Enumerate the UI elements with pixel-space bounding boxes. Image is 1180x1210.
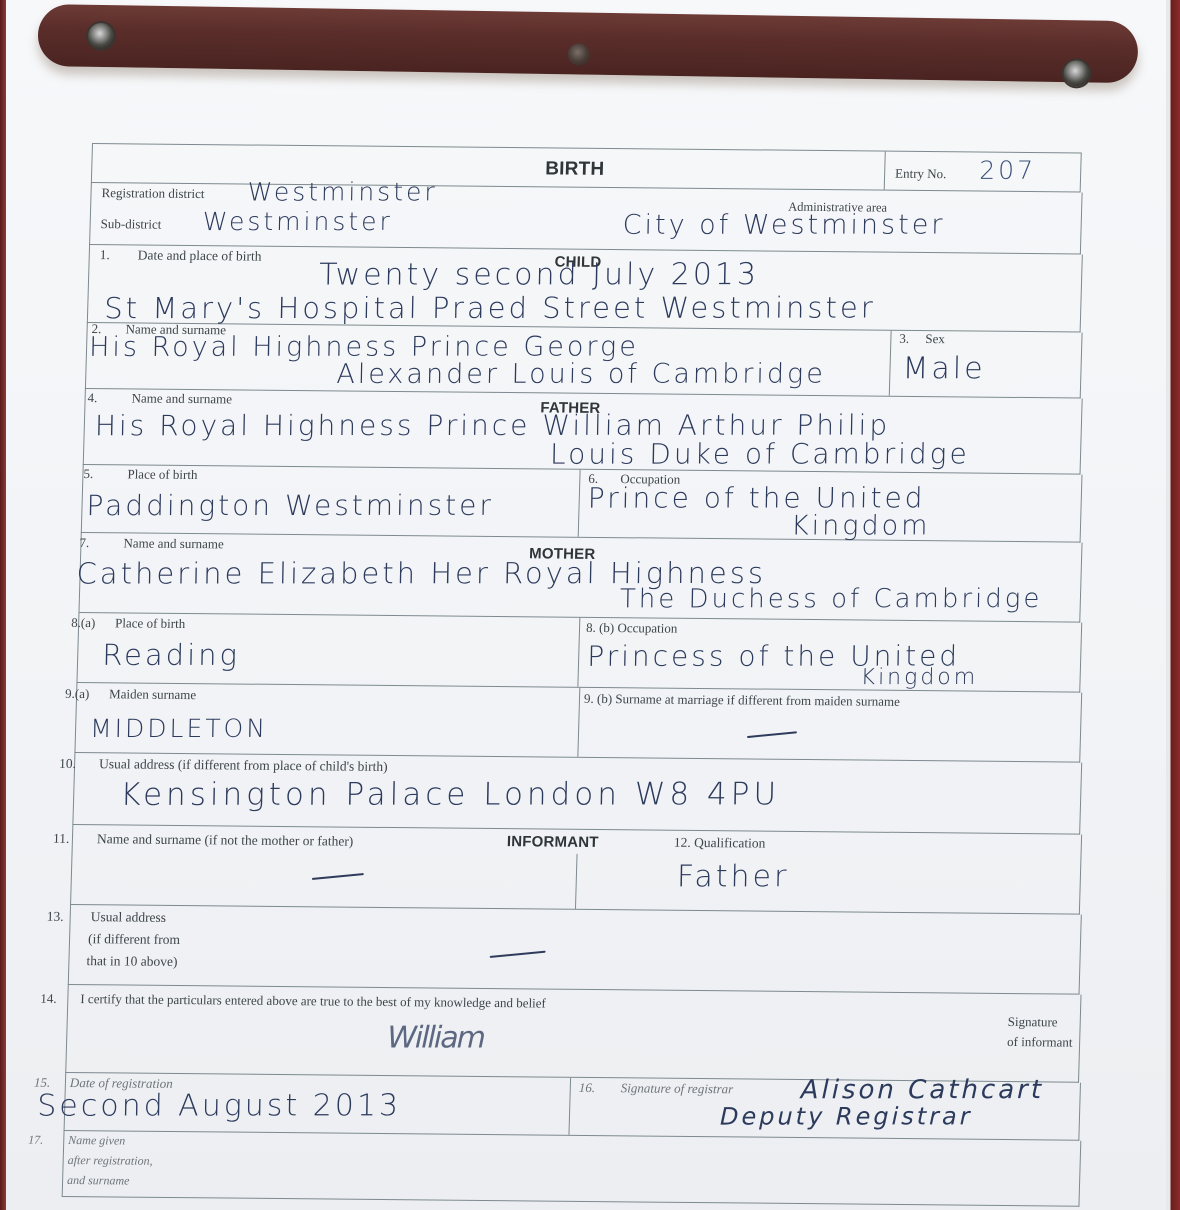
informant-address-blank <box>490 951 546 958</box>
date-of-birth-value: Twenty second July 2013 <box>319 257 759 292</box>
field-9b-label: 9. (b) Surname at marriage if different … <box>584 691 900 710</box>
informant-name-row: 11.Name and surname (if not the mother o… <box>70 825 1082 915</box>
registration-row: 15.Date of registration Second August 20… <box>64 1073 1081 1141</box>
father-occupation-line-2: Kingdom <box>791 510 931 541</box>
field-12-label: 12. Qualification <box>674 835 766 852</box>
field-13-label-line-3: that in 10 above) <box>86 953 178 970</box>
field-4-label: 4.Name and surname <box>87 390 232 407</box>
informant-address-row: 13.Usual address (if different from that… <box>68 905 1082 995</box>
field-17-label-line-3: and surname <box>67 1173 130 1189</box>
registration-district-label: Registration district <box>101 185 204 202</box>
maiden-surname-row: 9.(a)Maiden surname MIDDLETON 9. (b) Sur… <box>74 683 1082 763</box>
register-page: BIRTH Entry No. 207 Registration distric… <box>6 0 1166 1210</box>
administrative-area-value: City of Westminster <box>622 210 945 241</box>
registration-district-value: Westminster <box>247 177 438 206</box>
maiden-surname-value: MIDDLETON <box>90 714 268 743</box>
father-birth-occupation-row: 5.Place of birth Paddington Westminster … <box>81 465 1083 543</box>
surname-at-marriage-blank <box>747 731 797 738</box>
child-place-of-birth-value: St Mary's Hospital Praed Street Westmins… <box>104 291 876 326</box>
field-8b-label: 8. (b) Occupation <box>586 620 678 637</box>
mother-occupation-cell: 8. (b) Occupation Princess of the United… <box>577 618 1083 692</box>
surname-at-marriage-cell: 9. (b) Surname at marriage if different … <box>577 688 1083 762</box>
field-5-label: 5.Place of birth <box>83 466 197 483</box>
child-name-line-2: Alexander Louis of Cambridge <box>336 359 826 390</box>
usual-address-row: 10.Usual address (if different from plac… <box>72 753 1082 835</box>
rivet-icon <box>1063 60 1089 86</box>
mother-place-of-birth-value: Reading <box>102 638 240 672</box>
signature-of-informant-label-line-1: Signature <box>1007 1014 1057 1030</box>
field-11-label: 11.Name and surname (if not the mother o… <box>53 831 354 850</box>
signature-of-informant-label-line-2: of informant <box>1007 1034 1073 1051</box>
field-16-label: 16.Signature of registrar <box>579 1080 734 1097</box>
date-of-registration-value: Second August 2013 <box>37 1088 401 1123</box>
father-occupation-cell: 6.Occupation Prince of the United Kingdo… <box>578 470 1084 542</box>
qualification-value: Father <box>677 859 790 894</box>
district-row: Registration district Westminster Sub-di… <box>89 183 1083 255</box>
field-3-label: 3.Sex <box>899 331 945 347</box>
entry-number-value: 207 <box>979 156 1036 185</box>
mother-name-row: 7.Name and surname MOTHER Catherine Eliz… <box>78 533 1082 623</box>
registrar-signature: Alison Cathcart <box>800 1075 1044 1105</box>
field-9a-label: 9.(a)Maiden surname <box>65 686 196 703</box>
rivet-icon <box>568 43 590 65</box>
binder-edge-right <box>1166 0 1180 1210</box>
mother-occupation-line-2: Kingdom <box>860 665 978 690</box>
sub-district-label: Sub-district <box>100 216 161 233</box>
sex-value: Male <box>902 351 986 386</box>
field-17-label-line-2: after registration, <box>67 1153 152 1169</box>
child-name-row: 2.Name and surname His Royal Highness Pr… <box>85 323 1083 399</box>
rivet-icon <box>88 23 114 49</box>
section-informant: INFORMANT <box>507 833 599 851</box>
field-8a-label: 8.(a)Place of birth <box>71 615 185 632</box>
mother-birth-occupation-row: 8.(a)Place of birth Reading 8. (b) Occup… <box>76 613 1082 693</box>
field-13-label-line-2: (if different from <box>88 931 180 948</box>
informant-name-blank <box>312 873 364 880</box>
father-name-row: 4.Name and surname FATHER His Royal High… <box>83 389 1083 475</box>
father-name-line-2: Louis Duke of Cambridge <box>550 437 970 470</box>
registrar-title: Deputy Registrar <box>720 1102 973 1130</box>
entry-number-label: Entry No. <box>895 166 947 182</box>
form-title: BIRTH <box>545 158 605 181</box>
birth-register-entry: BIRTH Entry No. 207 Registration distric… <box>62 143 1124 1208</box>
child-date-place-row: 1.Date and place of birth CHILD Twenty s… <box>87 245 1083 333</box>
field-10-label: 10.Usual address (if different from plac… <box>59 756 388 775</box>
mother-name-line-2: The Duchess of Cambridge <box>620 584 1043 614</box>
registrar-signature-cell: 16.Signature of registrar Alison Cathcar… <box>568 1078 1082 1140</box>
binder-clamp-bar <box>38 4 1139 83</box>
certification-row: 14.I certify that the particulars entere… <box>65 985 1081 1083</box>
field-14-label: 14.I certify that the particulars entere… <box>40 991 546 1012</box>
informant-signature: William <box>387 1020 484 1055</box>
field-13-label-line-1: 13.Usual address <box>46 909 166 926</box>
sex-cell: 3.Sex Male <box>889 331 1084 398</box>
father-place-of-birth-value: Paddington Westminster <box>86 489 494 522</box>
field-7-label: 7.Name and surname <box>79 535 224 552</box>
qualification-cell: 12. Qualification Father <box>575 854 1082 914</box>
usual-address-value: Kensington Palace London W8 4PU <box>120 776 781 813</box>
name-after-registration-row: 17.Name given after registration, and su… <box>62 1131 1082 1207</box>
field-17-label-line-1: 17.Name given <box>28 1133 125 1149</box>
sub-district-value: Westminster <box>202 207 393 236</box>
field-1-label: 1.Date and place of birth <box>100 247 262 265</box>
entry-number-cell: Entry No. 207 <box>884 152 1083 192</box>
